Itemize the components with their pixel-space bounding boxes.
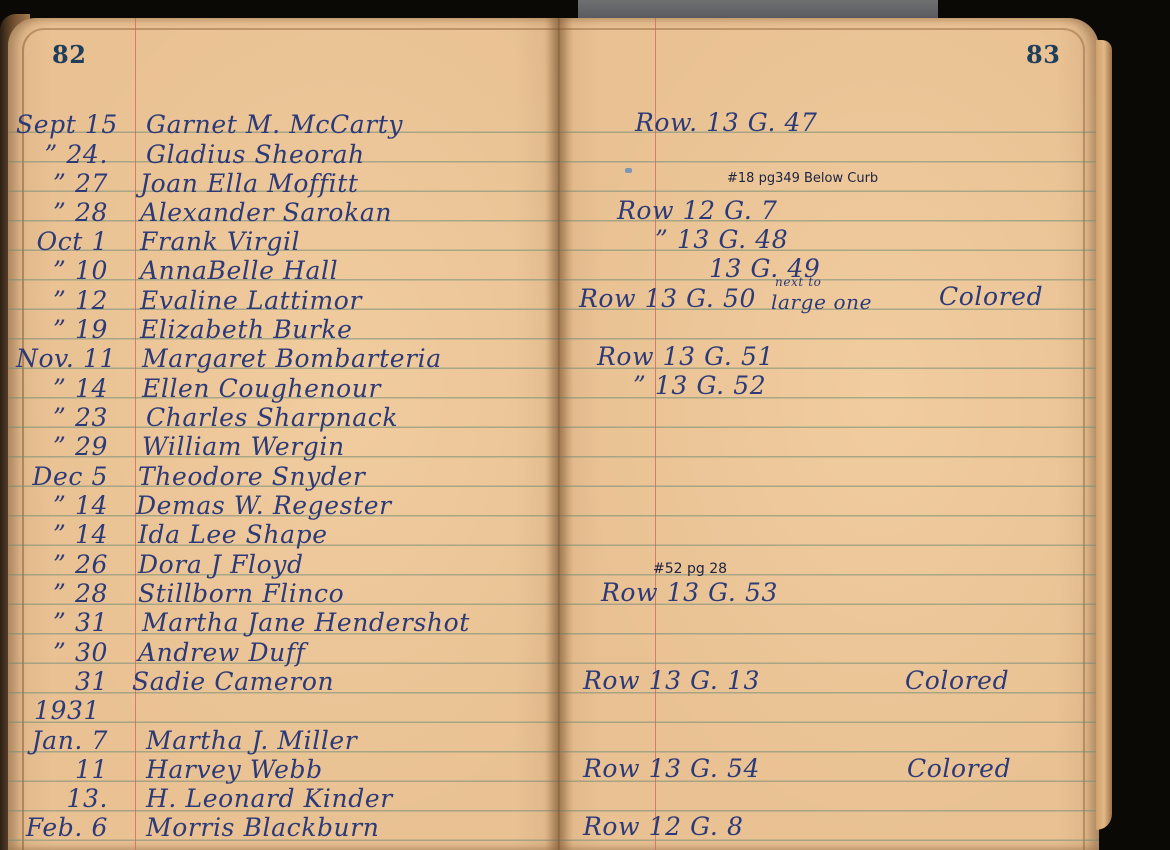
- entry-name: William Wergin: [142, 432, 345, 461]
- entry-date: ” 29: [16, 432, 108, 461]
- entry-name: Theodore Snyder: [138, 462, 365, 491]
- plot-entry: Row 12 G. 7: [617, 196, 777, 225]
- entry-name: Alexander Sarokan: [140, 198, 392, 227]
- entry-name: Ida Lee Shape: [138, 520, 328, 549]
- entry-date: ” 28: [16, 579, 108, 608]
- entry-name: Andrew Duff: [138, 638, 306, 667]
- entry-date: 31: [16, 667, 108, 696]
- open-ledger-book: 82 Sept 15 Garnet M. McCarty ” 24. Gladi…: [0, 0, 1170, 850]
- page-number: 82: [52, 40, 86, 69]
- ink-mark: [625, 168, 632, 173]
- plot-note-colored: Colored: [905, 666, 1009, 695]
- plot-entry: Row 13 G. 51: [597, 342, 774, 371]
- entry-name: AnnaBelle Hall: [140, 256, 338, 285]
- entry-date: ” 26: [16, 550, 108, 579]
- page-number: 83: [1026, 40, 1060, 69]
- handwritten-note: next to: [775, 276, 821, 288]
- plot-entry: ” 13 G. 52: [633, 371, 766, 400]
- entry-name: Frank Virgil: [140, 227, 300, 256]
- entry-date: ” 14: [16, 520, 108, 549]
- entry-name: Morris Blackburn: [146, 813, 380, 842]
- entry-name: Ellen Coughenour: [142, 374, 381, 403]
- entry-date: Feb. 6: [16, 813, 108, 842]
- plot-entry: Row 13 G. 54: [583, 754, 760, 783]
- plot-entry: Row 13 G. 13: [583, 666, 760, 695]
- entry-name: H. Leonard Kinder: [146, 784, 393, 813]
- entry-name: Garnet M. McCarty: [146, 110, 403, 139]
- entry-date: ” 14: [16, 491, 108, 520]
- entry-date: Jan. 7: [16, 726, 108, 755]
- entry-date: ” 31: [16, 608, 108, 637]
- plot-note-colored: Colored: [939, 282, 1043, 311]
- reference-annotation: #18 pg349 Below Curb: [727, 172, 878, 186]
- entry-date: ” 27: [16, 169, 108, 198]
- page-stack-edge: [1096, 40, 1112, 830]
- entry-name: Margaret Bombarteria: [142, 344, 442, 373]
- plot-entry: Row 13 G. 53: [601, 578, 778, 607]
- entry-name: Stillborn Flinco: [138, 579, 344, 608]
- entry-name: Evaline Lattimor: [140, 286, 362, 315]
- entry-name: Dora J Floyd: [138, 550, 304, 579]
- entry-date: 13.: [16, 784, 108, 813]
- entry-date: ” 23: [16, 403, 108, 432]
- entry-name: Demas W. Regester: [136, 491, 392, 520]
- handwritten-note: large one: [771, 288, 872, 317]
- entry-name: Martha J. Miller: [146, 726, 357, 755]
- entry-date: Oct 1: [16, 227, 108, 256]
- entry-date: ” 28: [16, 198, 108, 227]
- entry-date: Sept 15: [16, 110, 108, 139]
- left-page: 82 Sept 15 Garnet M. McCarty ” 24. Gladi…: [8, 18, 559, 850]
- entry-name: Martha Jane Hendershot: [142, 608, 470, 637]
- entry-name: Charles Sharpnack: [146, 403, 398, 432]
- plot-entry: Row 13 G. 50: [579, 284, 756, 313]
- plot-note-colored: Colored: [907, 754, 1011, 783]
- entry-name: Gladius Sheorah: [146, 140, 365, 169]
- year-marker: 1931: [34, 696, 100, 725]
- entry-name: Elizabeth Burke: [140, 315, 353, 344]
- entry-date: Nov. 11: [16, 344, 108, 373]
- entry-date: ” 19: [16, 315, 108, 344]
- entry-name: Harvey Webb: [146, 755, 323, 784]
- margin-line: [655, 18, 656, 850]
- entry-date: ” 24.: [16, 140, 108, 169]
- entry-date: 11: [16, 755, 108, 784]
- entry-name: Sadie Cameron: [132, 667, 334, 696]
- right-page: 83 Row. 13 G. 47 #18 pg349 Below Curb Ro…: [559, 18, 1099, 850]
- entry-date: ” 10: [16, 256, 108, 285]
- plot-entry: ” 13 G. 48: [655, 225, 788, 254]
- plot-entry: Row 12 G. 8: [583, 812, 743, 841]
- entry-date: ” 14: [16, 374, 108, 403]
- entry-date: Dec 5: [16, 462, 108, 491]
- entry-date: ” 12: [16, 286, 108, 315]
- entry-name: Joan Ella Moffitt: [140, 169, 359, 198]
- margin-line: [135, 18, 136, 850]
- reference-annotation: #52 pg 28: [653, 562, 727, 576]
- entry-date: ” 30: [16, 638, 108, 667]
- plot-entry: Row. 13 G. 47: [635, 108, 818, 137]
